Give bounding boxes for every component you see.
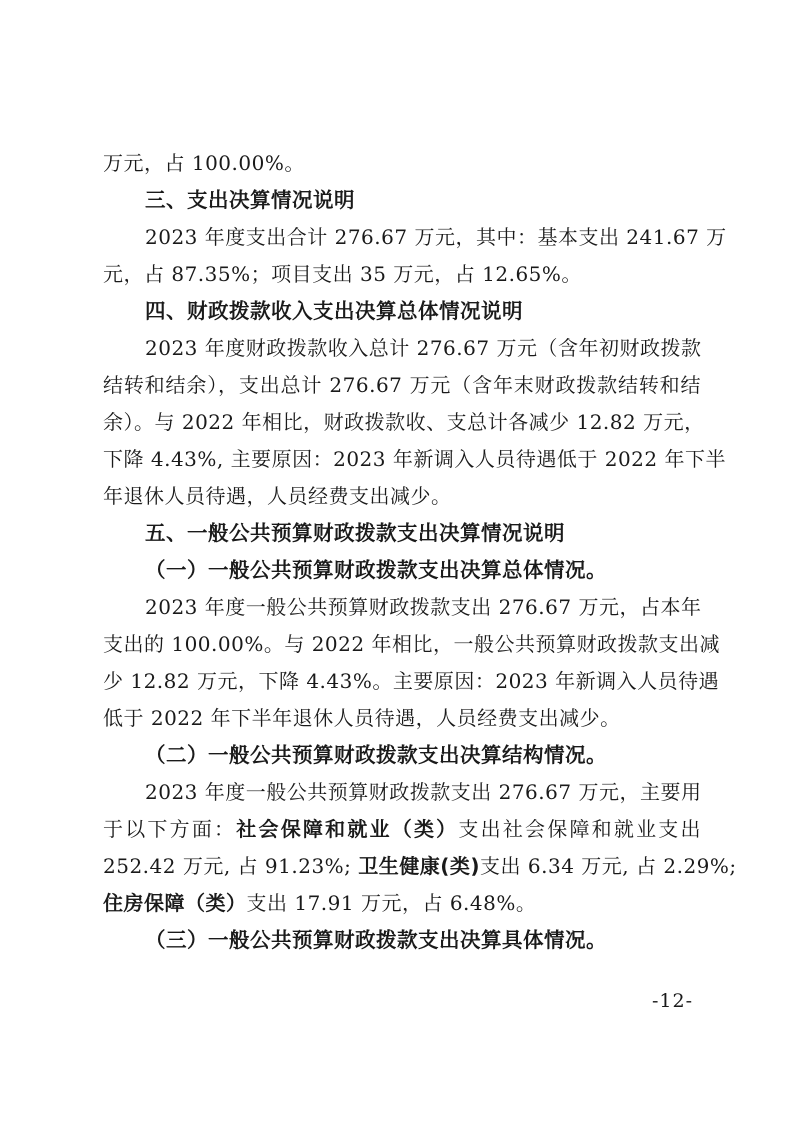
text-segment: 支出 17.91 万元，占 6.48%。 bbox=[247, 891, 537, 915]
text-segment: 支出 6.34 万元, 占 2.29%; bbox=[480, 854, 737, 878]
text-line: 低于 2022 年下半年退休人员待遇，人员经费支出减少。 bbox=[103, 700, 701, 737]
text-segment: 于以下方面： bbox=[103, 817, 236, 841]
text-line: 下降 4.43%, 主要原因：2023 年新调入人员待遇低于 2022 年下半 bbox=[103, 441, 701, 478]
heading-section-three: 三、支出决算情况说明 bbox=[103, 182, 701, 219]
text-line: 2023 年度一般公共预算财政拨款支出 276.67 万元，占本年 bbox=[103, 589, 701, 626]
document-body: 万元，占 100.00%。 三、支出决算情况说明 2023 年度支出合计 276… bbox=[103, 145, 701, 959]
text-line: 元，占 87.35%；项目支出 35 万元，占 12.65%。 bbox=[103, 256, 701, 293]
text-line: 少 12.82 万元，下降 4.43%。主要原因：2023 年新调入人员待遇 bbox=[103, 663, 701, 700]
text-line: 年退休人员待遇，人员经费支出减少。 bbox=[103, 478, 701, 515]
bold-term-health: 卫生健康(类) bbox=[358, 854, 480, 878]
heading-subsection-one: （一）一般公共预算财政拨款支出决算总体情况。 bbox=[103, 552, 701, 589]
document-page: 万元，占 100.00%。 三、支出决算情况说明 2023 年度支出合计 276… bbox=[0, 0, 793, 1122]
text-line-carryover: 万元，占 100.00%。 bbox=[103, 145, 701, 182]
text-line: 住房保障（类）支出 17.91 万元，占 6.48%。 bbox=[103, 885, 701, 922]
text-segment: 252.42 万元, 占 91.23%; bbox=[103, 854, 358, 878]
bold-term-housing: 住房保障（类） bbox=[103, 891, 247, 915]
bold-term-social-security: 社会保障和就业（类） bbox=[236, 817, 458, 841]
text-line: 2023 年度支出合计 276.67 万元，其中：基本支出 241.67 万 bbox=[103, 219, 701, 256]
heading-section-five: 五、一般公共预算财政拨款支出决算情况说明 bbox=[103, 515, 701, 552]
text-line: 余）。与 2022 年相比，财政拨款收、支总计各减少 12.82 万元， bbox=[103, 404, 701, 441]
text-line: 2023 年度财政拨款收入总计 276.67 万元（含年初财政拨款 bbox=[103, 330, 701, 367]
text-line: 支出的 100.00%。与 2022 年相比，一般公共预算财政拨款支出减 bbox=[103, 626, 701, 663]
page-number: -12- bbox=[652, 990, 693, 1012]
heading-subsection-three: （三）一般公共预算财政拨款支出决算具体情况。 bbox=[103, 922, 701, 959]
text-line: 2023 年度一般公共预算财政拨款支出 276.67 万元，主要用 bbox=[103, 774, 701, 811]
heading-subsection-two: （二）一般公共预算财政拨款支出决算结构情况。 bbox=[103, 737, 701, 774]
text-line: 于以下方面：社会保障和就业（类）支出社会保障和就业支出 bbox=[103, 811, 701, 848]
text-segment: 支出社会保障和就业支出 bbox=[458, 817, 701, 841]
heading-section-four: 四、财政拨款收入支出决算总体情况说明 bbox=[103, 293, 701, 330]
text-line: 结转和结余），支出总计 276.67 万元（含年末财政拨款结转和结 bbox=[103, 367, 701, 404]
text-line: 252.42 万元, 占 91.23%; 卫生健康(类)支出 6.34 万元, … bbox=[103, 848, 701, 885]
